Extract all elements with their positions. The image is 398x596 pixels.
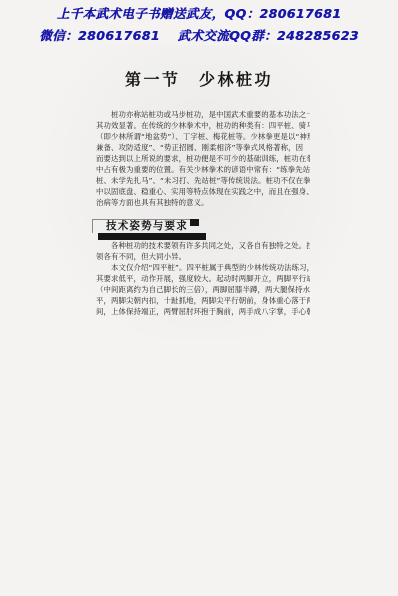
- text-line: 中以固底盘、稳重心、实用等特点体现在实践之中，而且在强身、健体、: [96, 186, 310, 197]
- text-line: 领各有不同，但大同小异。: [96, 251, 310, 262]
- subsection-heading-box: 技术姿势与要求: [92, 219, 198, 233]
- text-line: （即少林所谓“地盆势”）、丁字桩、梅花桩等。少林拳更是以“神形: [96, 131, 310, 142]
- section-title: 第一节 少林桩功: [0, 67, 398, 90]
- promo-banner-line2: 微信：280617681 武术交流QQ群：248285623: [0, 26, 398, 44]
- paragraph-2: 各种桩功的技术要领有许多共同之处，又各自有独特之处。技术要 领各有不同，但大同小…: [96, 240, 310, 262]
- subsection-heading-label: 技术姿势与要求: [106, 220, 188, 233]
- text-line: 桩功亦称站桩功或马步桩功，是中国武术重要的基本功法之一，: [96, 109, 310, 120]
- paragraph-3: 本文仅介绍“四平桩”。四平桩属于典型的少林传统功法练习， 其要求低平，动作开展，…: [96, 262, 310, 317]
- text-line: 中占有极为重要的位置。有关少林拳术的谚语中常有：“练拳先站: [96, 164, 310, 175]
- text-line: 桩、未学先扎马”、“未习打、先站桩”等传统说法。桩功不仅在拳术: [96, 175, 310, 186]
- text-line: 各种桩功的技术要领有许多共同之处，又各自有独特之处。技术要: [96, 240, 310, 251]
- text-line: 间，上体保持端正，两臂屈肘环抱于胸前，两手成八字掌，手心朝: [96, 306, 310, 317]
- text-line: 治病等方面也具有其独特的意义。: [96, 197, 310, 208]
- text-line: 本文仅介绍“四平桩”。四平桩属于典型的少林传统功法练习，: [96, 262, 310, 273]
- promo-banner-line1: 上千本武术电子书赠送武友，QQ：280617681: [0, 4, 398, 22]
- text-line: （中间距离约为自己脚长的三倍），两脚屈膝半蹲，两大腿保持水: [96, 284, 310, 295]
- paragraph-1: 桩功亦称站桩功或马步桩功，是中国武术重要的基本功法之一， 其功效显著。在传统的少…: [96, 109, 310, 208]
- text-line: 其要求低平，动作开展，强度较大。起动时两脚开立，两脚平行站立: [96, 273, 310, 284]
- text-line: 其功效显著。在传统的少林拳术中，桩功的种类有：四平桩、骑马桩: [96, 120, 310, 131]
- text-line: 兼备、攻防适度”、“势正招圆、刚柔相济”等拳式风格著称，因: [96, 142, 310, 153]
- text-line: 而要达到以上所说的要求，桩功便是不可少的基础训练，桩功在拳术: [96, 153, 310, 164]
- text-line: 平，两脚尖朝内扣，十趾抓地，两脚尖平行朝前，身体重心落于两腿之: [96, 295, 310, 306]
- scanned-book-page: 上千本武术电子书赠送武友，QQ：280617681 微信：280617681 武…: [0, 0, 398, 596]
